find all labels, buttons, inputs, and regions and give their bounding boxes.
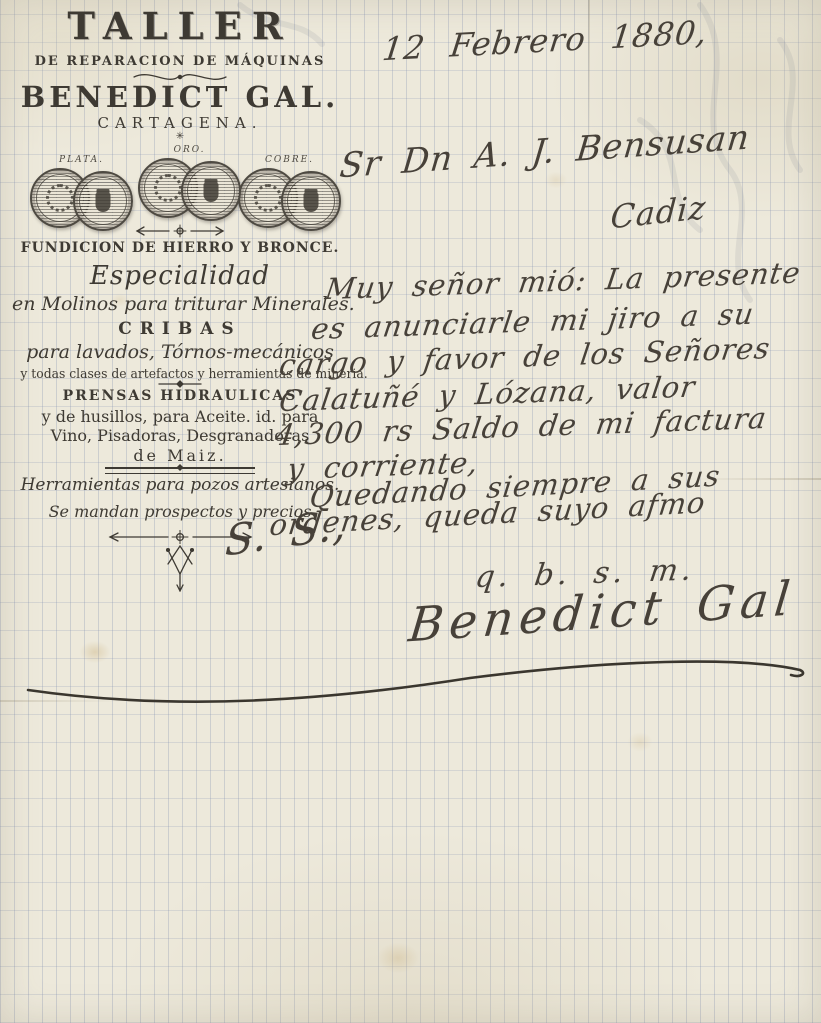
scanned-letter-page: TALLER DE REPARACION DE MÁQUINAS BENEDIC… — [0, 0, 821, 1023]
letterhead-specialty-line: en Molinos para triturar Minerales. — [12, 293, 348, 315]
medal-coin-obverse-icon — [73, 171, 133, 231]
letterhead-foundry-line: FUNDICION DE HIERRO Y BRONCE. — [12, 240, 348, 256]
signature-flourish — [28, 662, 803, 702]
letterhead-cribas-title: CRIBAS — [12, 319, 348, 339]
star-ornament-icon: ✳ — [12, 131, 348, 142]
letterhead-workshop-title: TALLER — [12, 4, 348, 48]
handwritten-addressee-city: Cadiz — [609, 188, 707, 237]
medal-group-plata: PLATA. — [30, 168, 133, 228]
medal-coin-obverse-icon — [281, 171, 341, 231]
monogram-ornament-icon — [160, 544, 200, 592]
paper-crease — [0, 700, 120, 702]
medal-group-oro: ORO. — [138, 158, 241, 218]
medal-label-plata: PLATA. — [18, 155, 145, 165]
arrow-star-divider-icon — [135, 224, 225, 238]
diamond-divider-icon — [157, 380, 203, 388]
medal-label-cobre: COBRE. — [226, 155, 353, 165]
letterhead-city: CARTAGENA. — [12, 114, 348, 132]
double-rule-ornament — [105, 467, 255, 474]
letterhead-specialty-title: Especialidad — [12, 261, 348, 291]
medal-coin-obverse-icon — [181, 161, 241, 221]
handwritten-addressee: Sr Dn A. J. Bensusan — [338, 117, 752, 186]
medal-group-cobre: COBRE. — [238, 168, 341, 228]
letterhead-company-name: BENEDICT GAL. — [12, 80, 348, 114]
letterhead-workshop-subtitle: DE REPARACION DE MÁQUINAS — [12, 54, 348, 69]
medal-label-oro: ORO. — [126, 145, 253, 155]
handwritten-date: 12 Febrero 1880, — [380, 13, 710, 68]
